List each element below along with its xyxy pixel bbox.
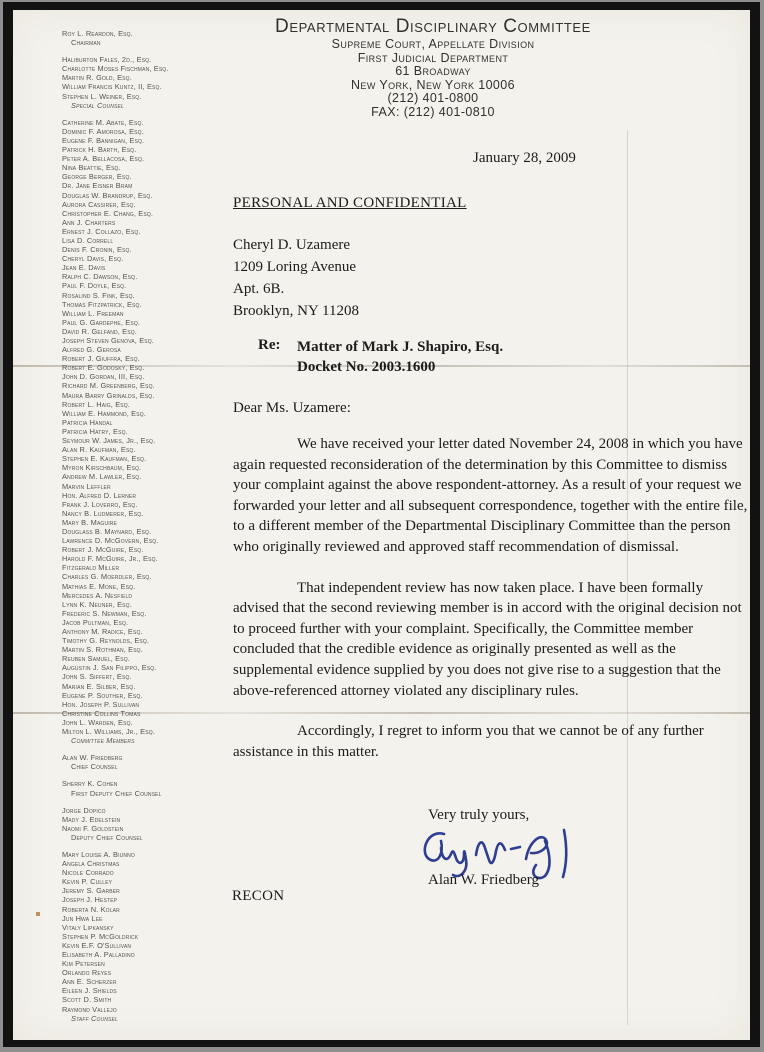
recipient-name: Cheryl D. Uzamere [233,234,359,256]
re-matter: Matter of Mark J. Shapiro, Esq. [297,337,503,357]
roster-member: Mary Louise A. Biunno [62,850,242,859]
roster: Roy L. Reardon, Esq.ChairmanHaliburton F… [62,29,242,1023]
roster-member: Myron Kirschbaum, Esq. [62,463,242,472]
roster-member: Douglas W. Brandrup, Esq. [62,191,242,200]
letterhead-title: Departmental Disciplinary Committee [213,16,653,38]
roster-member: Denis F. Cronin, Esq. [62,245,242,254]
roster-member: Jun Hwa Lee [62,914,242,923]
letterhead-line: (212) 401-0800 [213,92,653,106]
roster-member: Lawrence D. McGovern, Esq. [62,536,242,545]
roster-member: Dominic F. Amorosa, Esq. [62,127,242,136]
roster-member: Frank J. Loverro, Esq. [62,500,242,509]
roster-section: Alan W. FriedbergChief Counsel [62,753,242,771]
roster-role: Chief Counsel [62,762,242,771]
roster-member: Sherry K. Cohen [62,779,242,788]
roster-member: Angela Christmas [62,859,242,868]
roster-role: Deputy Chief Counsel [62,833,242,842]
roster-member: Lynn K. Neuner, Esq. [62,600,242,609]
roster-member: Rosalind S. Fink, Esq. [62,291,242,300]
roster-member: Anthony M. Radice, Esq. [62,627,242,636]
letterhead-line: 61 Broadway [213,65,653,79]
roster-member: Kevin P. Culley [62,877,242,886]
roster-section: Catherine M. Abate, Esq.Dominic F. Amoro… [62,118,242,745]
roster-member: Douglass B. Maynard, Esq. [62,527,242,536]
roster-member: Peter A. Bellacosa, Esq. [62,154,242,163]
roster-member: Eileen J. Shields [62,986,242,995]
roster-member: Robert J. McGuire, Esq. [62,545,242,554]
letterhead: Departmental Disciplinary Committee Supr… [213,16,653,120]
roster-member: Robert J. Giuffra, Esq. [62,354,242,363]
paragraph: That independent review has now taken pl… [233,578,750,702]
roster-member: Stephen P. McGoldrick [62,932,242,941]
roster-member: Hon. Alfred D. Lerner [62,491,242,500]
roster-member: Ann E. Scherzer [62,977,242,986]
roster-member: Raymond Vallejo [62,1005,242,1014]
roster-member: George Berger, Esq. [62,172,242,181]
roster-member: Orlando Reyes [62,968,242,977]
signer-name: Alan W. Friedberg [428,872,539,889]
re-label: Re: [258,337,297,377]
roster-member: Thomas Fitzpatrick, Esq. [62,300,242,309]
roster-member: Joseph Steven Genova, Esq. [62,336,242,345]
roster-member: Mercedes A. Nesfield [62,591,242,600]
confidential-notice: PERSONAL AND CONFIDENTIAL [233,195,467,212]
roster-member: Mary B. Maguire [62,518,242,527]
roster-member: Patricia Hatry, Esq. [62,427,242,436]
roster-section: Mary Louise A. BiunnoAngela ChristmasNic… [62,850,242,1023]
roster-member: Robert E. Godosky, Esq. [62,363,242,372]
roster-member: Reuben Samuel, Esq. [62,654,242,663]
recipient-address: Cheryl D. Uzamere 1209 Loring Avenue Apt… [233,234,359,322]
roster-member: Kevin E.F. O'Sullivan [62,941,242,950]
roster-member: Christine Collins Tomas [62,709,242,718]
roster-member: Marian E. Silber, Esq. [62,682,242,691]
paragraph: We have received your letter dated Novem… [233,434,750,558]
roster-member: Christopher E. Chang, Esq. [62,209,242,218]
roster-member: Cheryl Davis, Esq. [62,254,242,263]
closing-line: Very truly yours, [428,807,529,824]
roster-member: Naomi F. Goldstein [62,824,242,833]
roster-member: Alan R. Kaufman, Esq. [62,445,242,454]
roster-member: Charles G. Moerdler, Esq. [62,572,242,581]
roster-member: Alfred G. Gerosa [62,345,242,354]
letterhead-line: New York, New York 10006 [213,79,653,93]
roster-member: Timothy G. Reynolds, Esq. [62,636,242,645]
letterhead-line: FAX: (212) 401-0810 [213,106,653,120]
roster-member: Scott D. Smith [62,995,242,1004]
roster-member: Nicole Corrado [62,868,242,877]
re-lines: Matter of Mark J. Shapiro, Esq. Docket N… [297,337,503,377]
roster-member: Augustin J. San Filippo, Esq. [62,663,242,672]
roster-member: Seymour W. James, Jr., Esq. [62,436,242,445]
roster-member: Kim Petersen [62,959,242,968]
roster-member: Ann J. Charters [62,218,242,227]
salutation: Dear Ms. Uzamere: [233,400,351,417]
letter-paragraphs: We have received your letter dated Novem… [233,434,750,782]
roster-member: Nancy B. Ludmerer, Esq. [62,509,242,518]
roster-member: David R. Gelfand, Esq. [62,327,242,336]
roster-member: Eugene F. Bannigan, Esq. [62,136,242,145]
roster-member: Patrick H. Barth, Esq. [62,145,242,154]
roster-member: Fitzgerald Miller [62,563,242,572]
roster-member: Aurora Cassirer, Esq. [62,200,242,209]
roster-member: Stephen E. Kaufman, Esq. [62,454,242,463]
roster-role: Staff Counsel [62,1014,242,1023]
roster-member: John D. Gordan, III, Esq. [62,372,242,381]
roster-role: Committee Members [62,736,242,745]
re-docket: Docket No. 2003.1600 [297,357,503,377]
roster-member: Alan W. Friedberg [62,753,242,762]
roster-member: Frederic S. Newman, Esq. [62,609,242,618]
roster-member: Hon. Joseph P. Sullivan [62,700,242,709]
roster-member: Nina Beattie, Esq. [62,163,242,172]
roster-member: Ralph C. Dawson, Esq. [62,272,242,281]
roster-member: Patricia Handal [62,418,242,427]
roster-member: Andrew M. Lawler, Esq. [62,472,242,481]
roster-member: William E. Hammond, Esq. [62,409,242,418]
roster-member: Roberta N. Kolar [62,905,242,914]
roster-member: Robert L. Haig, Esq. [62,400,242,409]
roster-member: Paul G. Gardephe, Esq. [62,318,242,327]
paragraph: Accordingly, I regret to inform you that… [233,721,750,762]
letterhead-line: First Judicial Department [213,52,653,66]
roster-member: Maura Barry Grinalds, Esq. [62,391,242,400]
roster-member: Harold F. McGuire, Jr., Esq. [62,554,242,563]
letter-page: Roy L. Reardon, Esq.ChairmanHaliburton F… [13,10,750,1040]
roster-member: Mady J. Edelstein [62,815,242,824]
letter-date: January 28, 2009 [473,150,576,167]
recipient-city: Brooklyn, NY 11208 [233,300,359,322]
roster-member: Eugene P. Souther, Esq. [62,691,242,700]
roster-section: Sherry K. CohenFirst Deputy Chief Counse… [62,779,242,797]
roster-member: John S. Siffert, Esq. [62,672,242,681]
roster-member: Milton L. Williams, Jr., Esq. [62,727,242,736]
recipient-apt: Apt. 6B. [233,278,359,300]
roster-member: Ernest J. Collazo, Esq. [62,227,242,236]
roster-member: Elisabeth A. Palladino [62,950,242,959]
roster-member: Richard M. Greenberg, Esq. [62,381,242,390]
recon-code: RECON [232,888,284,905]
roster-member: Martin S. Rothman, Esq. [62,645,242,654]
roster-member: Marvin Leffler [62,482,242,491]
roster-role: First Deputy Chief Counsel [62,789,242,798]
roster-section: Jorge DopicoMady J. EdelsteinNaomi F. Go… [62,806,242,842]
roster-member: Jeremy S. Garber [62,886,242,895]
letterhead-line: Supreme Court, Appellate Division [213,38,653,52]
roster-member: Joseph J. Hestep [62,895,242,904]
roster-member: Jorge Dopico [62,806,242,815]
roster-member: Paul F. Doyle, Esq. [62,281,242,290]
roster-member: Vitaly Lipkansky [62,923,242,932]
roster-member: William L. Freeman [62,309,242,318]
roster-member: Dr. Jane Eisner Bram [62,181,242,190]
roster-member: John L. Warden, Esq. [62,718,242,727]
roster-member: Jean E. Davis [62,263,242,272]
roster-member: Lisa D. Correll [62,236,242,245]
re-block: Re: Matter of Mark J. Shapiro, Esq. Dock… [258,337,503,377]
paper-speck [36,912,40,916]
roster-member: Mathias E. Mone, Esq. [62,582,242,591]
recipient-street: 1209 Loring Avenue [233,256,359,278]
roster-member: Jacob Pultman, Esq. [62,618,242,627]
